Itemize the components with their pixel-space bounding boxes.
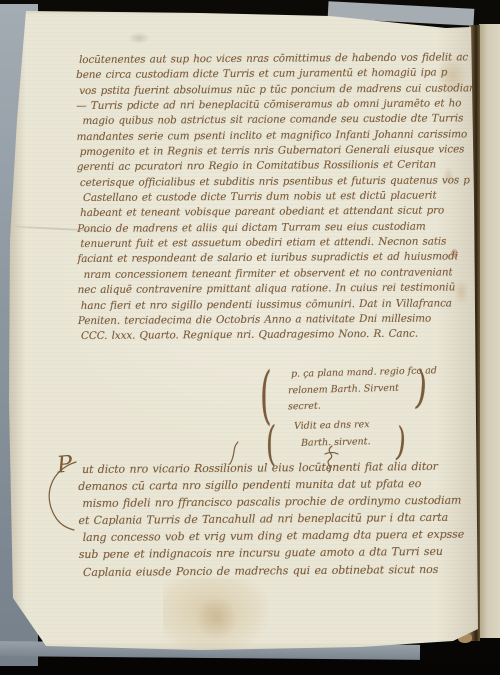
decorated-initial: P bbox=[56, 451, 74, 478]
text-line: Caplania eiusde Poncio de madrechs qui e… bbox=[83, 560, 453, 580]
main-text-block: locūtenentes aut sup hoc vices nras cōmi… bbox=[79, 50, 453, 344]
manuscript-photo: locūtenentes aut sup hoc vices nras cōmi… bbox=[0, 0, 500, 675]
note-line: p. ça plana mand. regio fco ad bbox=[291, 365, 437, 380]
second-text-block: ut dicto nro vicario Rossilionis ul eius… bbox=[82, 458, 453, 581]
manuscript-page: locūtenentes aut sup hoc vices nras cōmi… bbox=[0, 0, 500, 675]
note-line: Vidit ea dns rex bbox=[294, 419, 370, 432]
smudge-stain bbox=[128, 32, 150, 44]
bottom-stain bbox=[196, 596, 238, 640]
text-line: CCC. lxxx. Quarto. Regnique nri. Quadrag… bbox=[81, 327, 453, 345]
note-line: relonem Barth. Sirvent bbox=[288, 383, 399, 397]
note-line: secret. bbox=[288, 401, 321, 413]
margin-stain bbox=[454, 278, 469, 306]
facing-page-edge bbox=[479, 24, 500, 638]
